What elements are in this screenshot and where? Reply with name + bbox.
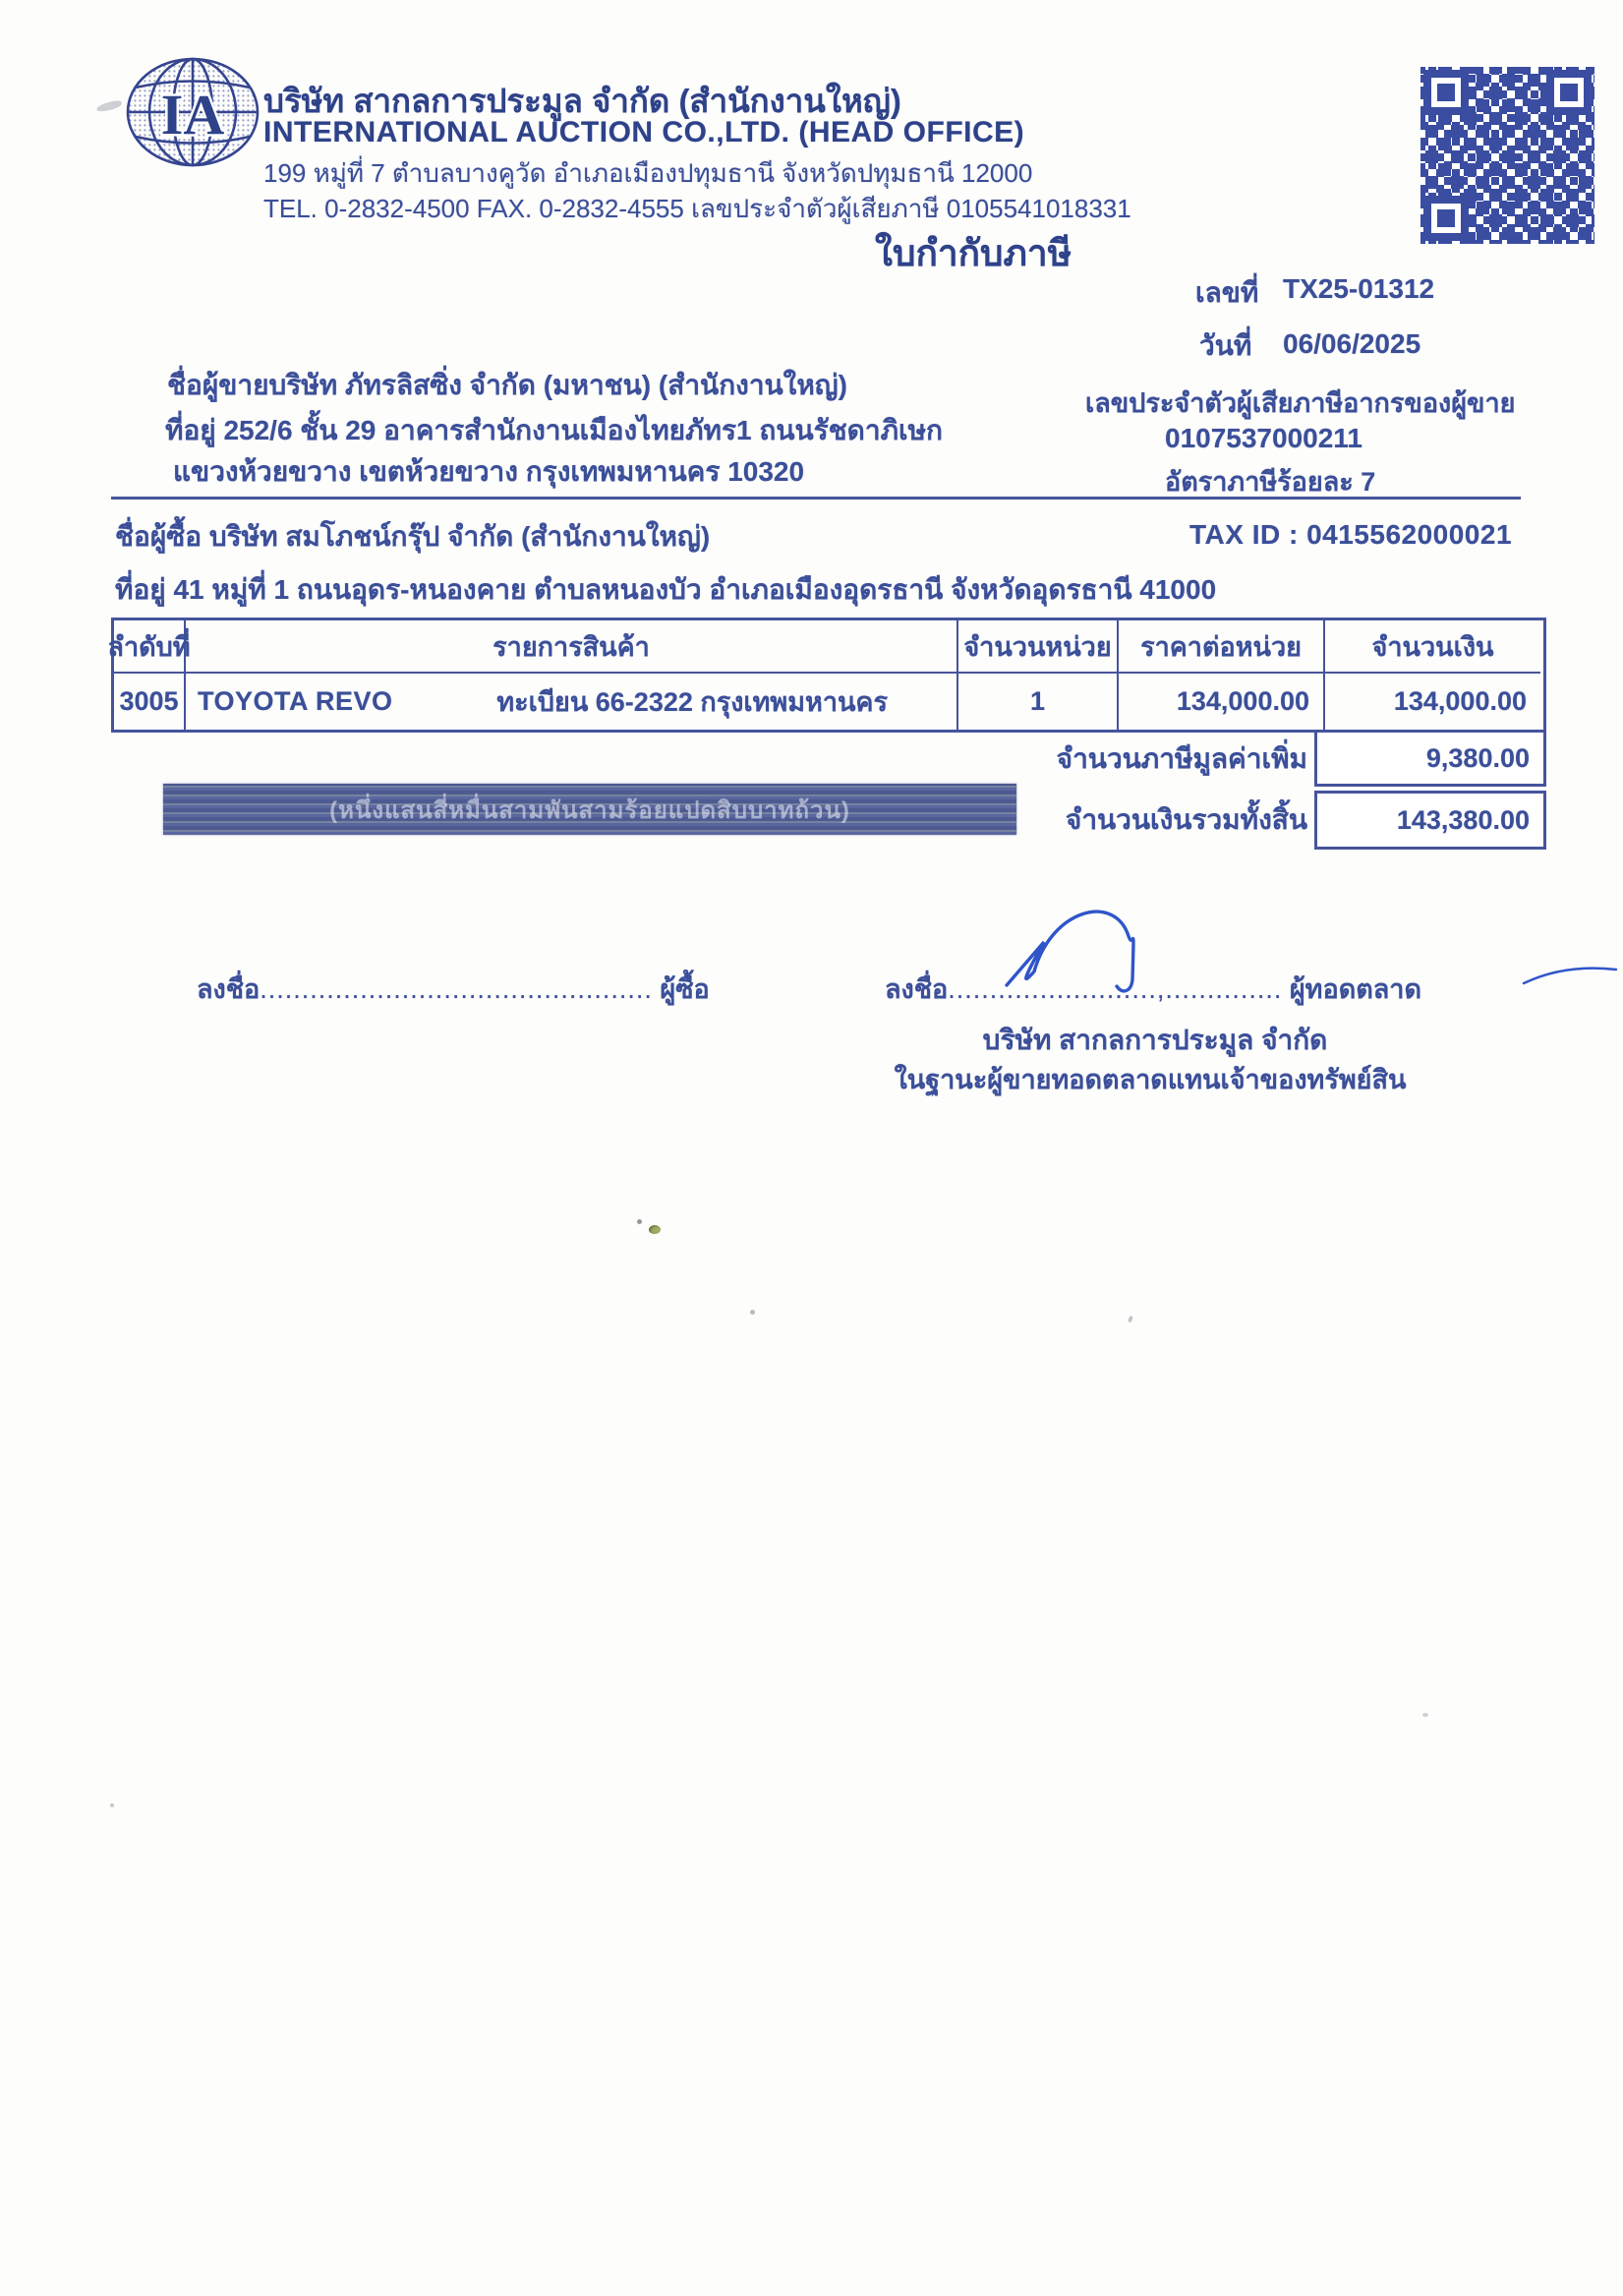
total-amount-box: 143,380.00 bbox=[1314, 791, 1546, 850]
scan-speck bbox=[750, 1310, 755, 1315]
company-name-en: INTERNATIONAL AUCTION CO.,LTD. (HEAD OFF… bbox=[263, 116, 1024, 149]
tax-invoice-scan: IA บริษัท สากลการประมูล จำกัด (สำนักงานใ… bbox=[0, 0, 1623, 2296]
total-label: จำนวนเงินรวมทั้งสิ้น bbox=[885, 798, 1307, 842]
seller-address-line2: แขวงห้วยขวาง เขตห้วยขวาง กรุงเทพมหานคร 1… bbox=[173, 450, 804, 494]
buyer-role-label: ผู้ซื้อ bbox=[660, 974, 709, 1004]
col-header-qty: จำนวนหน่วย bbox=[958, 620, 1119, 674]
item-qty: 1 bbox=[958, 674, 1119, 730]
auctioneer-role-label: ผู้ทอดตลาด bbox=[1290, 974, 1421, 1004]
buyer-address-line: ที่อยู่ 41 หมู่ที่ 1 ถนนอุดร-หนองคาย ตำบ… bbox=[115, 568, 1216, 612]
col-header-desc: รายการสินค้า bbox=[186, 620, 958, 674]
amount-in-words: (หนึ่งแสนสี่หมื่นสามพันสามร้อยแปดสิบบาทถ… bbox=[329, 791, 850, 829]
signature-scribble bbox=[991, 887, 1178, 1002]
section-divider bbox=[111, 497, 1521, 500]
auctioneer-sign-label: ลงชื่อ bbox=[885, 974, 948, 1004]
scan-speck bbox=[649, 1225, 661, 1234]
scan-speck bbox=[1128, 1316, 1133, 1324]
vat-amount-box: 9,380.00 bbox=[1314, 730, 1546, 787]
doc-number-label: เลขที่ bbox=[1195, 271, 1258, 315]
buyer-sign-dots: ........................................… bbox=[260, 974, 653, 1004]
document-title: ใบกำกับภาษี bbox=[767, 224, 1180, 282]
auction-company-line: บริษัท สากลการประมูล จำกัด bbox=[914, 1019, 1396, 1062]
item-brand: TOYOTA REVO bbox=[198, 686, 393, 717]
item-description: TOYOTA REVO ทะเบียน 66-2322 กรุงเทพมหานค… bbox=[186, 674, 958, 730]
seller-name-line: ชื่อผู้ขายบริษัท ภัทรลิสซิ่ง จำกัด (มหาช… bbox=[167, 364, 847, 407]
doc-date-value: 06/06/2025 bbox=[1283, 328, 1420, 360]
buyer-name-line: ชื่อผู้ซื้อ บริษัท สมโภชน์กรุ๊ป จำกัด (ส… bbox=[115, 515, 710, 559]
buyer-signature-line: ลงชื่อ..................................… bbox=[197, 968, 710, 1010]
vat-label: จำนวนภาษีมูลค่าเพิ่ม bbox=[885, 737, 1307, 781]
doc-number-value: TX25-01312 bbox=[1283, 273, 1434, 305]
buyer-taxid-line: TAX ID : 0415562000021 bbox=[1189, 519, 1512, 551]
items-table: ลำดับที่ รายการสินค้า จำนวนหน่วย ราคาต่อ… bbox=[111, 618, 1546, 733]
pen-stroke bbox=[1522, 962, 1620, 992]
item-no: 3005 bbox=[114, 674, 186, 730]
seller-taxid-value: 0107537000211 bbox=[1165, 423, 1362, 454]
item-amount: 134,000.00 bbox=[1325, 674, 1540, 730]
logo-letters: IA bbox=[161, 83, 225, 147]
scan-artifact bbox=[95, 99, 122, 113]
seller-address-line1: ที่อยู่ 252/6 ชั้น 29 อาคารสำนักงานเมือง… bbox=[165, 409, 943, 452]
company-contact: TEL. 0-2832-4500 FAX. 0-2832-4555 เลขประ… bbox=[263, 189, 1131, 229]
qr-code bbox=[1420, 67, 1594, 244]
scan-speck bbox=[637, 1219, 642, 1224]
company-address: 199 หมู่ที่ 7 ตำบลบางคูวัด อำเภอเมืองปทุ… bbox=[263, 153, 1032, 194]
item-unit-price: 134,000.00 bbox=[1119, 674, 1325, 730]
buyer-sign-label: ลงชื่อ bbox=[197, 974, 260, 1004]
scan-speck bbox=[1422, 1713, 1428, 1717]
scan-speck bbox=[110, 1803, 114, 1807]
item-registration: ทะเบียน 66-2322 กรุงเทพมหานคร bbox=[496, 680, 888, 723]
auction-capacity-line: ในฐานะผู้ขายทอดตลาดแทนเจ้าของทรัพย์สิน bbox=[875, 1058, 1425, 1100]
globe-logo-icon: IA bbox=[124, 55, 261, 169]
col-header-unitprice: ราคาต่อหน่วย bbox=[1119, 620, 1325, 674]
seller-taxid-label: เลขประจำตัวผู้เสียภาษีอากรของผู้ขาย bbox=[1085, 382, 1516, 424]
col-header-amount: จำนวนเงิน bbox=[1325, 620, 1540, 674]
col-header-no: ลำดับที่ bbox=[114, 620, 186, 674]
doc-date-label: วันที่ bbox=[1199, 324, 1251, 368]
